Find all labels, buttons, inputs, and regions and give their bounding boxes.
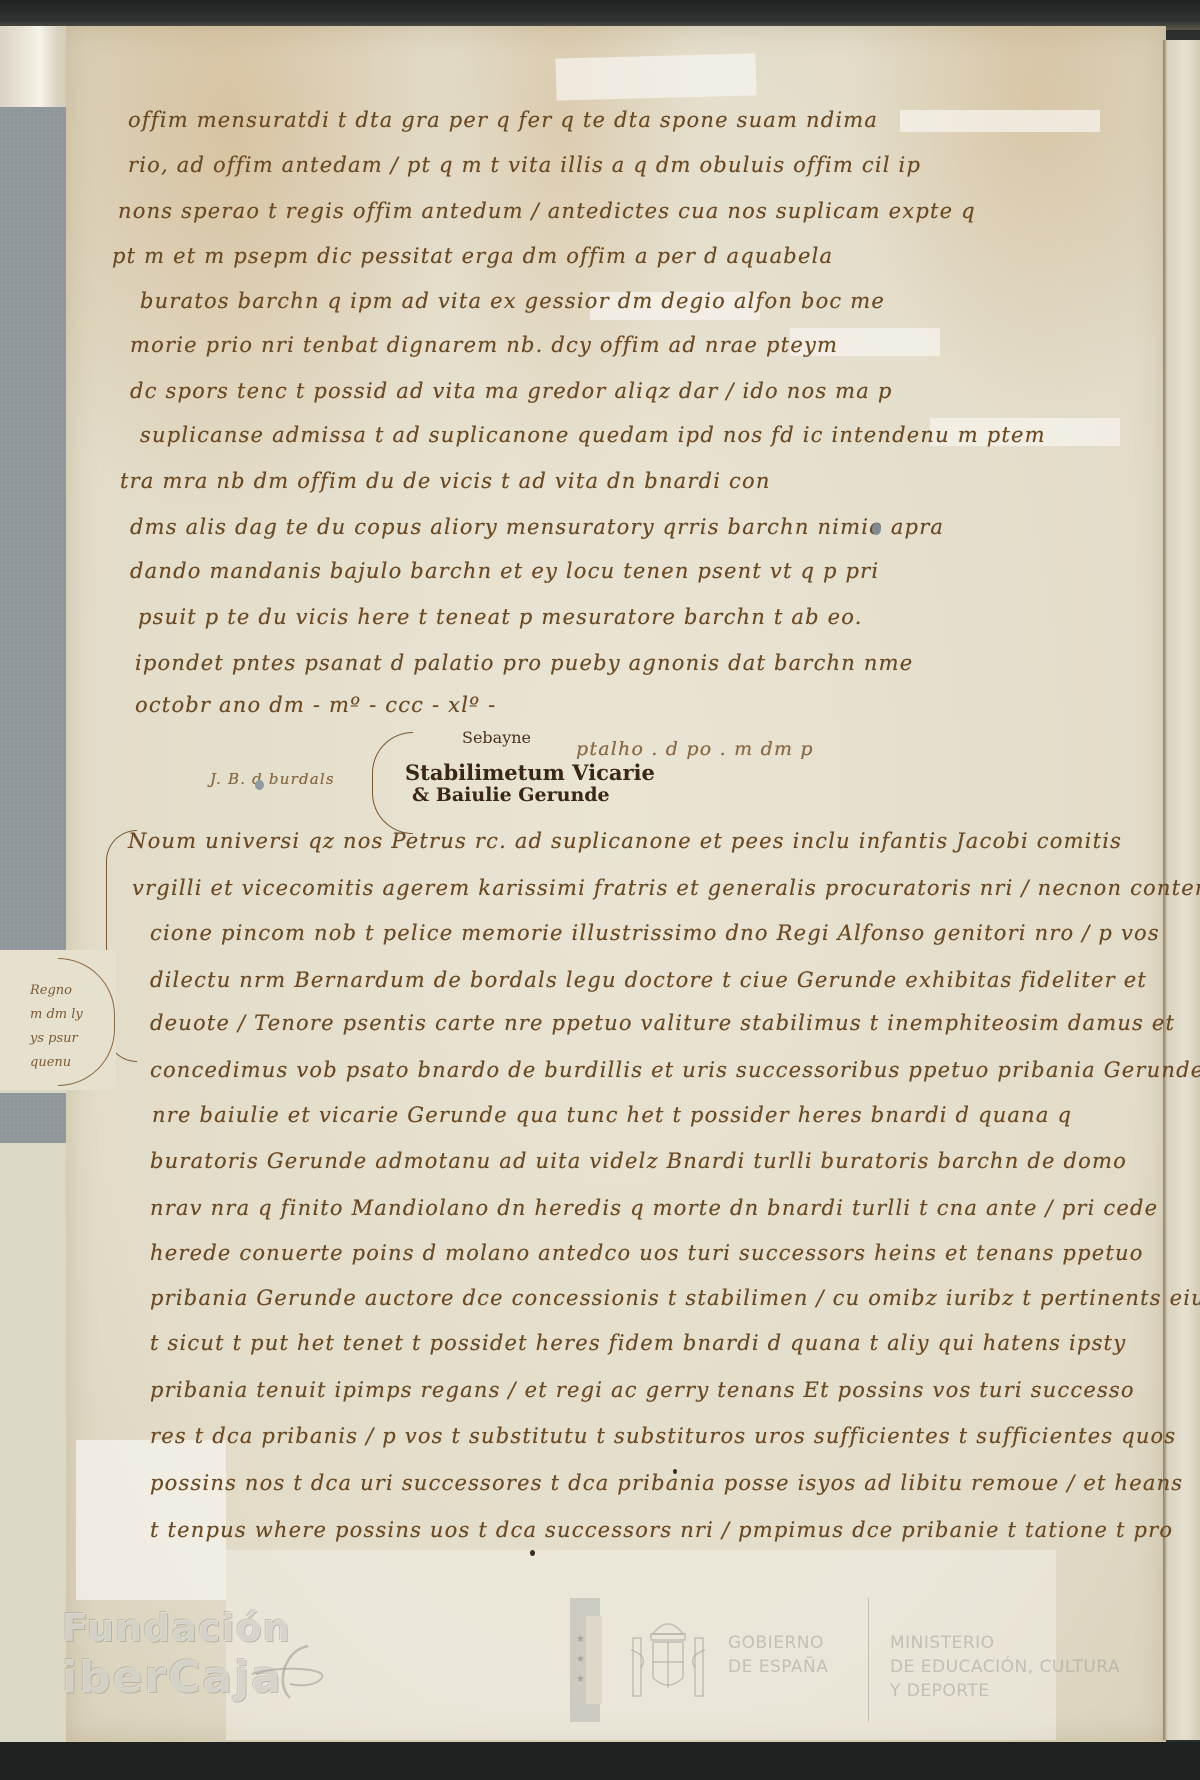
text-line: suplicanse admissa t ad suplicanone qued… (140, 423, 1046, 447)
text-line: vrgilli et vicecomitis agerem karissimi … (132, 876, 1200, 900)
spain-coat-of-arms-icon (625, 1610, 711, 1710)
repair-tape (900, 110, 1100, 132)
text-line: t sicut t put het tenet t possidet heres… (150, 1331, 1126, 1355)
heading-annotation-above: Sebayne (462, 728, 531, 747)
heading-annotation-right: ptalho . d po . m dm p (576, 738, 814, 760)
text-line: pt m et m psepm dic pessitat erga dm off… (112, 244, 833, 268)
text-line: morie prio nri tenbat dignarem nb. dcy o… (130, 333, 838, 357)
watermark-divider (868, 1598, 869, 1722)
left-marginal-note: J. B. d burdals (210, 770, 335, 788)
ink-dot (673, 1469, 677, 1474)
text-line: dc spors tenc t possid ad vita ma gredor… (130, 379, 893, 403)
repair-tape (555, 53, 756, 100)
grey-backing-upper (0, 107, 68, 950)
text-line: res t dca pribanis / p vos t substitutu … (150, 1424, 1176, 1448)
text-line: pribania Gerunde auctore dce concessioni… (150, 1286, 1200, 1310)
text-line: deuote / Tenore psentis carte nre ppetuo… (150, 1011, 1175, 1035)
ink-dot (530, 1550, 535, 1556)
text-line: rio, ad offim antedam / pt q m t vita il… (128, 153, 921, 177)
text-line: dando mandanis bajulo barchn et ey locu … (130, 559, 879, 583)
text-line: t tenpus where possins uos t dca success… (150, 1518, 1173, 1542)
text-line: offim mensuratdi t dta gra per q fer q t… (128, 108, 878, 132)
text-line: ipondet pntes psanat d palatio pro pueby… (135, 651, 913, 675)
text-line: herede conuerte poins d molano antedco u… (150, 1241, 1144, 1265)
text-line: nre baiulie et vicarie Gerunde qua tunc … (152, 1103, 1072, 1127)
margin-note-line: m dm ly (30, 1006, 83, 1023)
text-line: pribania tenuit ipimps regans / et regi … (150, 1378, 1135, 1402)
bottom-dark-band (0, 1742, 1200, 1780)
text-line: tra mra nb dm offim du de vicis t ad vit… (120, 469, 771, 493)
stain-dot (872, 523, 881, 535)
margin-note: Regno m dm ly ys psur quenu (0, 950, 116, 1090)
text-line: nrav nra q finito Mandiolano dn heredis … (150, 1196, 1158, 1220)
binding-edge (0, 26, 72, 108)
text-line: possins nos t dca uri successores t dca … (150, 1471, 1183, 1495)
grey-backing-lower (0, 1093, 68, 1143)
watermark-ministerio-text: MINISTERIO (890, 1632, 995, 1654)
heading-title-line-1: Stabilimetum Vicarie (405, 760, 655, 785)
margin-note-line: Regno (30, 982, 72, 999)
text-line: Noum universi qz nos Petrus rc. ad supli… (128, 829, 1122, 853)
text-line: buratos barchn q ipm ad vita ex gessior … (140, 289, 885, 313)
gov-flag-bar-icon: ★ ★ ★ (570, 1598, 600, 1722)
watermark-deporte-text: Y DEPORTE (890, 1680, 989, 1702)
text-line: dilectu nrm Bernardum de bordals legu do… (150, 968, 1147, 992)
watermark-gobierno-text: GOBIERNO (728, 1632, 824, 1654)
text-line: dms alis dag te du copus aliory mensurat… (130, 515, 944, 539)
text-line: nons sperao t regis offim antedum / ante… (118, 199, 976, 223)
margin-note-line: quenu (30, 1054, 71, 1071)
text-line: octobr ano dm - mº - ccc - xlº - (135, 693, 496, 717)
text-line: cione pincom nob t pelice memorie illust… (150, 921, 1160, 945)
ibercaja-logo-icon (250, 1640, 330, 1700)
watermark-espana-text: DE ESPAÑA (728, 1656, 828, 1678)
heading-title-line-2: & Baiulie Gerunde (412, 784, 610, 806)
text-line: concedimus vob psato bnardo de burdillis… (150, 1058, 1200, 1082)
watermark-educacion-cultura-text: DE EDUCACIÓN, CULTURA (890, 1656, 1120, 1678)
text-line: buratoris Gerunde admotanu ad uita videl… (150, 1149, 1127, 1173)
stain-dot (255, 780, 264, 790)
margin-note-line: ys psur (30, 1030, 78, 1047)
text-line: psuit p te du vicis here t teneat p mesu… (138, 605, 863, 629)
